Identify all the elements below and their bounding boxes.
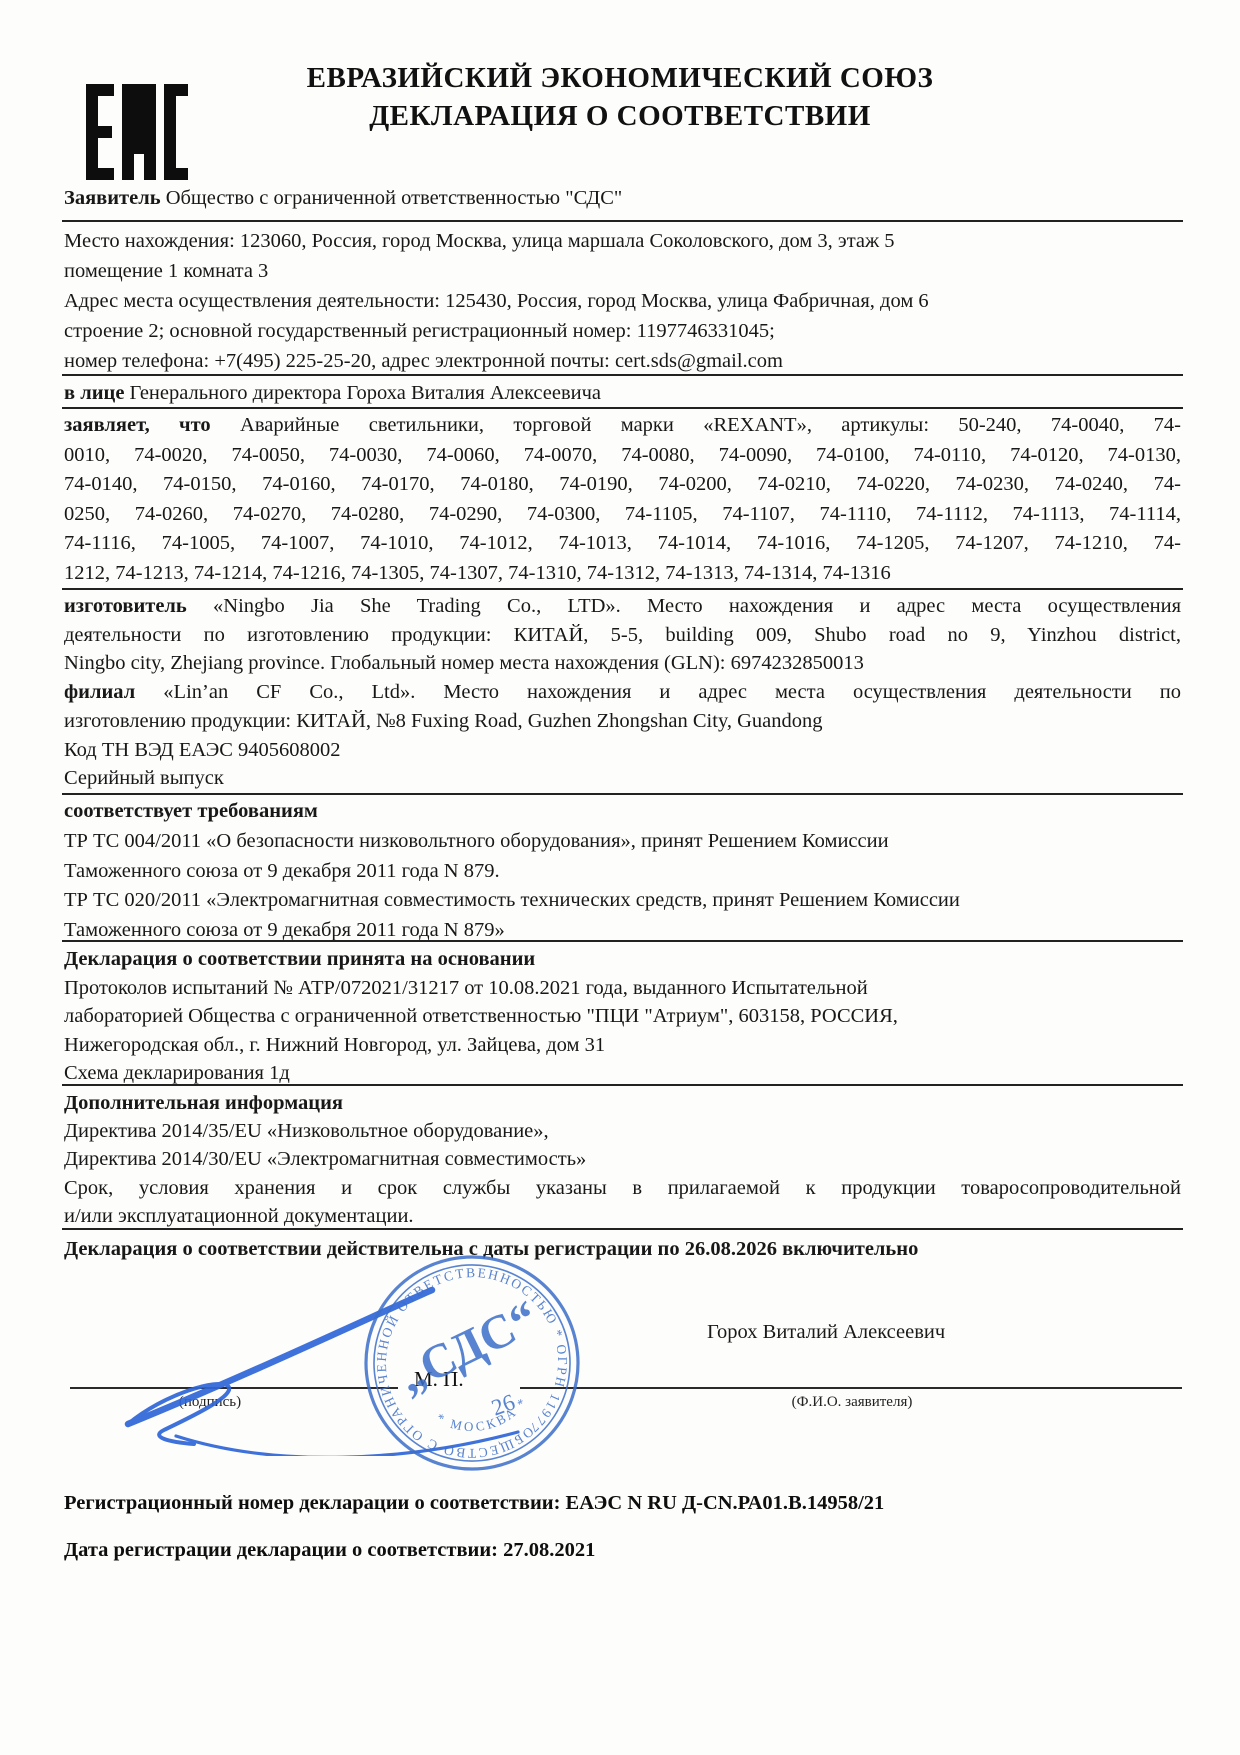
additional-info-heading: Дополнительная информация (64, 1089, 1181, 1117)
section-divider (62, 407, 1183, 409)
section-divider (62, 588, 1183, 590)
article-numbers-line: 74-0140, 74-0150, 74-0160, 74-0170, 74-0… (64, 470, 1181, 500)
union-title: ЕВРАЗИЙСКИЙ ЭКОНОМИЧЕСКИЙ СОЮЗ (0, 62, 1240, 95)
applicant-fio: Горох Виталий Алексеевич (707, 1321, 945, 1344)
additional-info-line: Директива 2014/35/EU «Низковольтное обор… (64, 1117, 1181, 1145)
product-line: заявляет, что Аварийные светильники, тор… (64, 411, 1181, 441)
declares-label: заявляет, что (64, 414, 211, 436)
representative-section: в лице Генерального директора Гороха Вит… (64, 379, 1181, 407)
document-title: ДЕКЛАРАЦИЯ О СООТВЕТСТВИИ (0, 100, 1240, 133)
basis-section: Декларация о соответствии принята на осн… (64, 945, 1181, 1088)
basis-line: Нижегородская обл., г. Нижний Новгород, … (64, 1031, 1181, 1060)
branch-name: «Lin’an CF Co., Ltd». Место нахождения и… (163, 681, 1181, 703)
article-numbers-line: 1212, 74-1213, 74-1214, 74-1216, 74-1305… (64, 559, 1181, 589)
basis-line: лабораторией Общества с ограниченной отв… (64, 1002, 1181, 1031)
address-line: строение 2; основной государственный рег… (64, 316, 1181, 346)
representative-label: в лице (64, 382, 124, 404)
basis-line: Протоколов испытаний № АТР/072021/31217 … (64, 974, 1181, 1003)
address-line: номер телефона: +7(495) 225-25-20, адрес… (64, 346, 1181, 376)
section-divider (62, 940, 1183, 942)
address-line: Адрес места осуществления деятельности: … (64, 286, 1181, 316)
applicant-label: Заявитель (64, 187, 161, 209)
registration-date-line: Дата регистрации декларации о соответств… (64, 1539, 1181, 1562)
registration-number-line: Регистрационный номер декларации о соотв… (64, 1492, 1181, 1515)
representative-value: Генерального директора Гороха Виталия Ал… (130, 382, 601, 404)
company-round-stamp: ОБЩЕСТВО С ОГРАНИЧЕННОЙ ОТВЕТСТВЕННОСТЬЮ… (352, 1250, 592, 1476)
representative-line: в лице Генерального директора Гороха Вит… (64, 379, 1181, 407)
additional-info-line: и/или эксплуатационной документации. (64, 1202, 1181, 1230)
section-divider (62, 793, 1183, 795)
applicant-section: Заявитель Общество с ограниченной ответс… (64, 184, 1181, 212)
regulation-line: ТР ТС 020/2011 «Электромагнитная совмест… (64, 886, 1181, 916)
validity-section: Декларация о соответствии действительна … (64, 1235, 1181, 1263)
branch-line: изготовлению продукции: КИТАЙ, №8 Fuxing… (64, 707, 1181, 736)
manufacturer-label: изготовитель (64, 595, 187, 617)
address-line: помещение 1 комната 3 (64, 256, 1181, 286)
validity-line: Декларация о соответствии действительна … (64, 1235, 1181, 1263)
section-divider (62, 220, 1183, 222)
fio-caption: (Ф.И.О. заявителя) (742, 1394, 962, 1411)
manufacturer-line: изготовитель «Ningbo Jia She Trading Co.… (64, 592, 1181, 621)
section-divider (62, 374, 1183, 376)
serial-issue-line: Серийный выпуск (64, 764, 1181, 793)
additional-info-line: Срок, условия хранения и срок службы ука… (64, 1174, 1181, 1202)
compliance-section: соответствует требованиям ТР ТС 004/2011… (64, 797, 1181, 946)
additional-info-section: Дополнительная информация Директива 2014… (64, 1089, 1181, 1230)
product-description: Аварийные светильники, торговой марки «R… (240, 414, 1181, 436)
manufacturer-line: Ningbo city, Zhejiang province. Глобальн… (64, 649, 1181, 678)
section-divider (62, 1084, 1183, 1086)
manufacturer-section: изготовитель «Ningbo Jia She Trading Co.… (64, 592, 1181, 793)
applicant-line: Заявитель Общество с ограниченной ответс… (64, 184, 1181, 212)
article-numbers-line: 0010, 74-0020, 74-0050, 74-0030, 74-0060… (64, 441, 1181, 471)
declaration-document: ЕВРАЗИЙСКИЙ ЭКОНОМИЧЕСКИЙ СОЮЗ ДЕКЛАРАЦИ… (0, 0, 1240, 1755)
fio-line (520, 1387, 1182, 1389)
section-divider (62, 1228, 1183, 1230)
manufacturer-name: «Ningbo Jia She Trading Co., LTD». Место… (213, 595, 1181, 617)
compliance-heading: соответствует требованиям (64, 797, 1181, 827)
article-numbers-line: 74-1116, 74-1005, 74-1007, 74-1010, 74-1… (64, 529, 1181, 559)
tn-ved-code-line: Код ТН ВЭД ЕАЭС 9405608002 (64, 736, 1181, 765)
manufacturer-line: деятельности по изготовлению продукции: … (64, 621, 1181, 650)
regulation-line: ТР ТС 004/2011 «О безопасности низковоль… (64, 827, 1181, 857)
additional-info-line: Директива 2014/30/EU «Электромагнитная с… (64, 1145, 1181, 1173)
product-section: заявляет, что Аварийные светильники, тор… (64, 411, 1181, 589)
branch-line: филиал «Lin’an CF Co., Ltd». Место нахож… (64, 678, 1181, 707)
applicant-value: Общество с ограниченной ответственностью… (166, 187, 623, 209)
basis-heading: Декларация о соответствии принята на осн… (64, 945, 1181, 974)
applicant-details-section: Место нахождения: 123060, Россия, город … (64, 226, 1181, 376)
branch-label: филиал (64, 681, 135, 703)
article-numbers-line: 0250, 74-0260, 74-0270, 74-0280, 74-0290… (64, 500, 1181, 530)
stamp-center-text: „СДС“ (390, 1291, 546, 1404)
address-line: Место нахождения: 123060, Россия, город … (64, 226, 1181, 256)
regulation-line: Таможенного союза от 9 декабря 2011 года… (64, 857, 1181, 887)
